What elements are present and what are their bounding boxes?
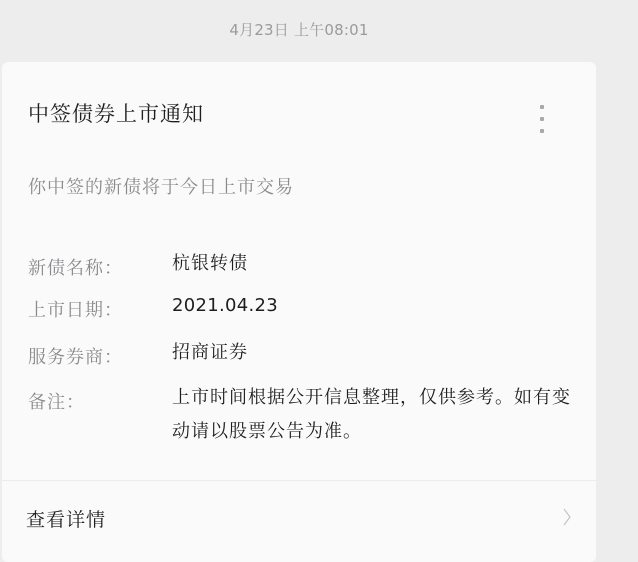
field-value: 杭银转债 — [172, 247, 582, 281]
field-value: 上市时间根据公开信息整理，仅供参考。如有变动请以股票公告为准。 — [172, 381, 582, 449]
card-subtitle: 你中签的新债将于今日上市交易 — [28, 173, 294, 199]
field-label: 备注： — [28, 388, 168, 414]
message-timestamp: 4月23日 上午08:01 — [0, 19, 598, 40]
notification-card: 中签债券上市通知 你中签的新债将于今日上市交易 新债名称： 杭银转债 上市日期：… — [2, 62, 596, 539]
field-label: 新债名称： — [28, 254, 168, 280]
field-value: 招商证券 — [172, 336, 582, 370]
view-details-label: 查看详情 — [26, 505, 106, 532]
field-label: 服务券商： — [28, 343, 168, 369]
card-title: 中签债券上市通知 — [28, 98, 204, 128]
chevron-right-icon — [562, 507, 572, 527]
field-value: 2021.04.23 — [172, 289, 582, 323]
field-label: 上市日期： — [28, 296, 168, 322]
more-vertical-icon[interactable] — [538, 105, 546, 139]
view-details-button[interactable]: 查看详情 — [2, 481, 596, 539]
